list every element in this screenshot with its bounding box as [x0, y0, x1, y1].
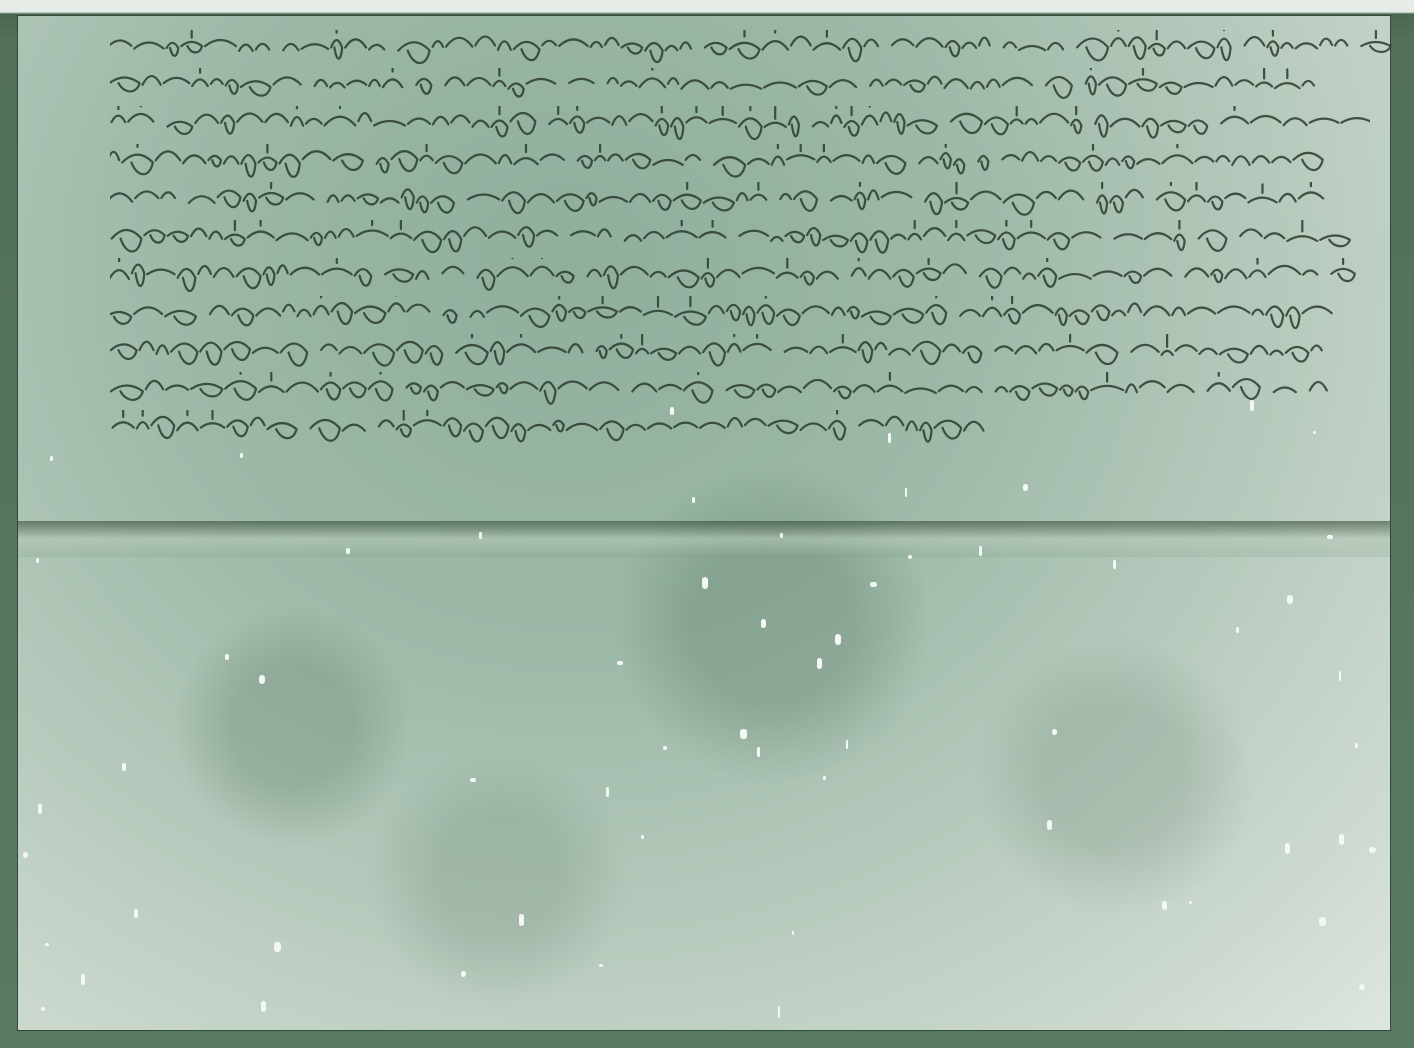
manuscript-line [110, 372, 1400, 410]
paper-speck [122, 763, 126, 771]
paper-speck [38, 804, 42, 814]
paper-speck [1250, 400, 1254, 411]
paper-speck [778, 1006, 780, 1018]
paper-speck [461, 971, 466, 977]
paper-speck [1047, 820, 1052, 830]
paper-speck [1023, 484, 1028, 491]
paper-speck [606, 787, 608, 797]
manuscript-line [110, 68, 1400, 106]
paper-speck [134, 909, 138, 918]
handwritten-text-block [110, 30, 1400, 486]
paper-speck [23, 852, 28, 857]
paper-speck [761, 619, 766, 628]
paper-speck [1162, 901, 1167, 910]
manuscript-line [110, 296, 1400, 334]
paper-speck [470, 778, 476, 782]
manuscript-page [18, 16, 1390, 1030]
paper-speck [1339, 834, 1344, 845]
paper-speck [979, 546, 983, 556]
paper-speck [479, 532, 482, 539]
paper-speck [274, 942, 280, 953]
manuscript-line [110, 334, 1400, 372]
paper-speck [1287, 595, 1293, 605]
paper-speck [240, 453, 244, 457]
paper-speck [1113, 560, 1116, 569]
paper-speck [870, 582, 877, 587]
paper-speck [1369, 847, 1376, 853]
paper-speck [740, 729, 747, 739]
paper-speck [225, 654, 229, 660]
paper-speck [261, 1001, 266, 1012]
manuscript-line [110, 410, 1400, 448]
paper-speck [1339, 671, 1341, 681]
paper-speck [1285, 843, 1291, 854]
paper-speck [780, 533, 783, 538]
paper-speck [1236, 627, 1240, 633]
manuscript-line [110, 182, 1400, 220]
paper-speck [1052, 729, 1057, 735]
paper-speck [835, 634, 841, 645]
manuscript-line [110, 144, 1400, 182]
paper-speck [81, 974, 85, 984]
paper-speck [670, 407, 674, 416]
paper-speck [817, 658, 822, 669]
paper-speck [617, 661, 623, 665]
manuscript-line [110, 448, 1400, 486]
manuscript-line [110, 30, 1400, 68]
paper-speck [36, 558, 39, 563]
paper-speck [1319, 917, 1326, 926]
paper-speck [702, 577, 707, 589]
paper-speck [519, 914, 523, 926]
paper-speck [663, 746, 667, 750]
paper-speck [346, 548, 349, 554]
paper-speck [259, 675, 264, 684]
paper-speck [888, 433, 891, 444]
paper-speck [757, 747, 760, 757]
manuscript-line [110, 220, 1400, 258]
paper-speck [1313, 431, 1316, 434]
paper-speck [792, 931, 794, 935]
paper-speck [45, 943, 49, 946]
page-fold [18, 521, 1390, 557]
manuscript-line [110, 258, 1400, 296]
manuscript-line [110, 106, 1400, 144]
paper-speck [1327, 535, 1333, 539]
paper-speck [846, 740, 848, 749]
